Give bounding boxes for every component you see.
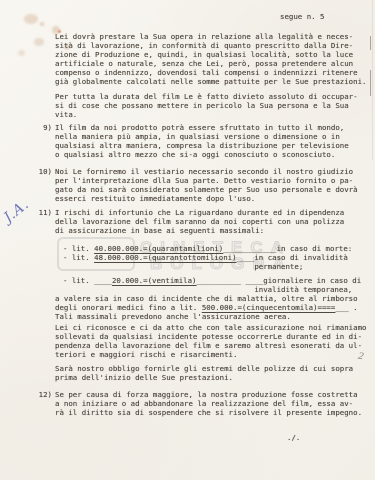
text-segment: Lei ci riconosce e ci da atto che con ta… xyxy=(55,323,366,332)
paragraph-lines: Sarà nostro obbligo fornirle gli estremi… xyxy=(55,365,353,383)
paragraph-lines: - lit. 40.000.000.=(quarantamilioni)____… xyxy=(63,245,352,272)
text-segment: Il film da noi prodotto potrà essere sfr… xyxy=(55,123,344,132)
text-segment: - lit. xyxy=(63,253,94,262)
text-line: o qualsiasi altro mezzo che si-a oggi co… xyxy=(55,151,349,160)
text-segment: della lavorazione del film saranno da no… xyxy=(55,217,344,226)
text-line: prima dell'inizio delle Sue prestazioni. xyxy=(55,374,353,383)
paragraph: Lei ci riconosce e ci da atto che con ta… xyxy=(36,324,366,360)
text-line: permanente; xyxy=(63,263,352,272)
text-segment: I rischi di infortunio che La riguardano… xyxy=(55,208,344,217)
text-segment: già globalmente calcolati nelle somme pa… xyxy=(55,77,366,86)
text-segment: prima dell'inizio delle Sue prestazioni. xyxy=(55,373,233,382)
clause-number xyxy=(36,93,55,120)
text-segment: a valere sia in caso di incidente che di… xyxy=(55,294,358,303)
text-segment: Se per causa di forza maggiore, la nostr… xyxy=(55,390,358,399)
text-line: esserci restituito immediatamente dopo l… xyxy=(55,195,358,204)
text-segment: __________ xyxy=(197,276,242,285)
text-segment: Tali massimali prevedono anche l'assicur… xyxy=(55,312,291,321)
text-line: si di cose che possano mettere in perico… xyxy=(55,102,358,111)
text-segment: in caso di morte: xyxy=(277,244,353,253)
text-segment: per l'interpretazione dlla Sua parte. De… xyxy=(55,176,353,185)
clause-10: 10)Noi Le forniremo il vestiario necessa… xyxy=(36,168,358,204)
text-segment: sollevati da qualsiasi incidente potesse… xyxy=(55,332,362,341)
text-segment: Noi Le forniremo il vestiario necessario… xyxy=(55,167,353,176)
text-line: rà il diritto sia di sospendere che si r… xyxy=(55,409,362,418)
text-segment: a non iniziare o ad abbandonare la reali… xyxy=(55,399,353,408)
paragraph-lines: a valere sia in caso di incidente che di… xyxy=(55,295,358,322)
text-segment: pendenza della lavorazione del film e sa… xyxy=(55,341,362,350)
clause-number: 11) xyxy=(36,209,55,236)
text-line: vita. xyxy=(55,111,358,120)
text-segment: esserci restituito immediatamente dopo l… xyxy=(55,194,255,203)
clause-number: 10) xyxy=(36,168,55,204)
paragraph: - lit. 40.000.000.=(quarantamilioni)____… xyxy=(36,245,352,272)
text-segment: giornaliere in caso di xyxy=(263,276,361,285)
paragraph-lines: Per tutta la durata del film Le è fatto … xyxy=(55,93,358,120)
text-segment: invalidità temporanea, xyxy=(63,285,352,294)
text-segment: permanente; xyxy=(63,262,303,271)
paragraph-lines: Il film da noi prodotto potrà essere sfr… xyxy=(55,124,349,160)
scanned-contract-page: CINETECA BOLOGNA segue n. 5 Lei dovrà pr… xyxy=(0,0,375,480)
paragraph-lines: Noi Le forniremo il vestiario necessario… xyxy=(55,168,358,204)
text-segment: di assicurazione in base ai seguenti mas… xyxy=(55,226,264,235)
text-line: Tali massimali prevedono anche l'assicur… xyxy=(55,313,358,322)
paragraph: Sarà nostro obbligo fornirle gli estremi… xyxy=(36,365,353,383)
text-segment: ____ xyxy=(245,276,263,285)
paragraph: Lei dovrà prestare la Sua opera in relaz… xyxy=(36,33,366,86)
handwritten-squiggle: 2 xyxy=(357,352,365,363)
text-line: teriori e maggiori rischi e risarcimenti… xyxy=(55,351,366,360)
text-segment: ____________ xyxy=(223,244,276,253)
clause-12: 12)Se per causa di forza maggiore, la no… xyxy=(36,391,362,418)
clause-number xyxy=(36,324,55,360)
text-segment: ____ xyxy=(94,276,112,285)
text-segment: - lit. xyxy=(63,244,94,253)
paragraph: - lit. ____20.000.=(ventimila)__________… xyxy=(36,277,361,295)
text-segment: artificiale o naturale, senza che Lei, p… xyxy=(55,59,353,68)
handwritten-initials: J.A. xyxy=(1,196,33,226)
page-continuation-header: segue n. 5 xyxy=(280,13,325,22)
foxing-stain xyxy=(24,14,38,24)
text-segment: degli onorari medici fino a lit. xyxy=(55,303,202,312)
text-segment: gato da noi sarà considerato solamente p… xyxy=(55,185,358,194)
text-segment: Lei dovrà prestare la Sua opera in relaz… xyxy=(55,32,353,41)
text-segment: teriori e maggiori rischi e risarcimenti… xyxy=(55,350,237,359)
paragraph-lines: I rischi di infortunio che La riguardano… xyxy=(55,209,344,236)
text-segment: - lit. xyxy=(63,276,94,285)
text-segment: compenso o indennizzo, dovendosi tali co… xyxy=(55,68,358,77)
clause-number xyxy=(36,245,63,272)
paragraph: a valere sia in caso di incidente che di… xyxy=(36,295,358,322)
paragraph-lines: Lei dovrà prestare la Sua opera in relaz… xyxy=(55,33,366,86)
foxing-stain xyxy=(18,50,25,56)
text-segment: sità di lavorazione, in conformità di qu… xyxy=(55,41,353,50)
clause-number xyxy=(36,33,55,86)
clause-number xyxy=(36,365,55,383)
photocopy-edge-line xyxy=(372,0,373,160)
text-segment: Sarà nostro obbligo fornirle gli estremi… xyxy=(55,364,353,373)
text-segment: rà il diritto sia di sospendere che si r… xyxy=(55,408,362,417)
text-segment: ____ xyxy=(237,253,255,262)
clause-number xyxy=(36,277,63,295)
clause-9: 9)Il film da noi prodotto potrà essere s… xyxy=(36,124,349,160)
foxing-stain xyxy=(40,22,44,26)
text-segment: ___ xyxy=(335,303,348,312)
filled-amount: 500.000.=(cinquecentomila)==== xyxy=(202,303,336,312)
text-segment: zione di Produzione e, quindi, in qualsi… xyxy=(55,50,353,59)
paragraph-lines: Se per causa di forza maggiore, la nostr… xyxy=(55,391,362,418)
clause-number xyxy=(36,295,55,322)
text-segment: o qualsiasi altro mezzo che si-a oggi co… xyxy=(55,150,335,159)
paragraph-lines: - lit. ____20.000.=(ventimila)__________… xyxy=(63,277,361,295)
paragraph-lines: Lei ci riconosce e ci da atto che con ta… xyxy=(55,324,366,360)
filled-amount: 48.000.000.=(quarantottomilioni) xyxy=(94,253,236,262)
filled-amount: 40.000.000.=(quarantamilioni) xyxy=(94,244,223,253)
text-line: già globalmente calcolati nelle somme pa… xyxy=(55,78,366,87)
text-segment: si di cose che possano mettere in perico… xyxy=(55,101,349,110)
clause-11: 11)I rischi di infortunio che La riguard… xyxy=(36,209,344,236)
paragraph: Per tutta la durata del film Le è fatto … xyxy=(36,93,358,120)
continuation-mark: ./. xyxy=(287,434,300,443)
clause-number: 9) xyxy=(36,124,55,160)
text-segment: nella maniera più ampia, in qualsiasi ve… xyxy=(55,132,340,141)
text-segment: qualsiasi altra maniera, compresa la dis… xyxy=(55,141,349,150)
filled-amount: 20.000.=(ventimila) xyxy=(112,276,197,285)
text-segment: vita. xyxy=(55,110,77,119)
text-segment: in caso di invalidità xyxy=(254,253,347,262)
text-segment: Per tutta la durata del film Le è fatto … xyxy=(55,92,358,101)
clause-number: 12) xyxy=(36,391,55,418)
text-line: di assicurazione in base ai seguenti mas… xyxy=(55,227,344,236)
text-segment: . xyxy=(349,303,358,312)
